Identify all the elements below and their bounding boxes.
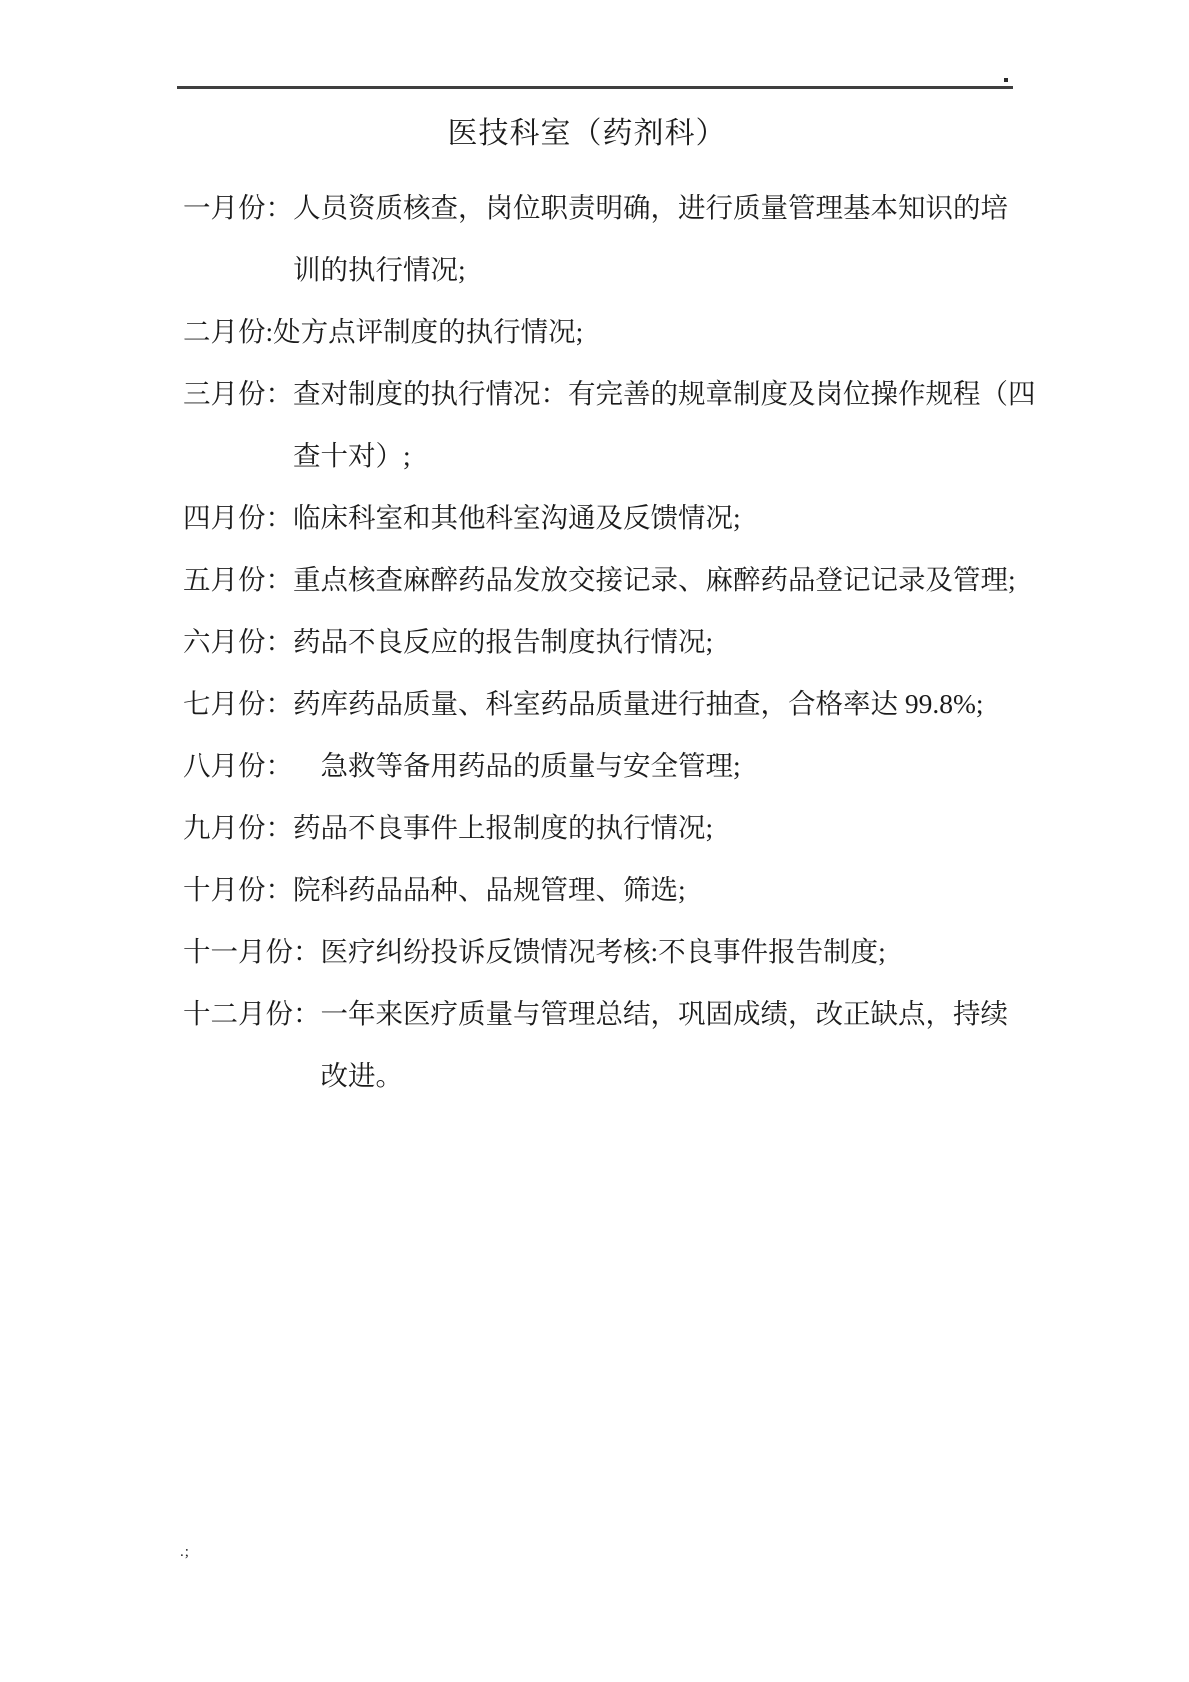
entry-text: 药库药品质量、科室药品质量进行抽查，合格率达 99.8%;	[293, 673, 984, 735]
plan-entry: 九月份： 药品不良事件上报制度的执行情况;	[183, 797, 1013, 859]
entry-text: 院科药品品种、品规管理、筛选;	[293, 859, 686, 921]
entry-text-line: 临床科室和其他科室沟通及反馈情况;	[293, 487, 741, 549]
entry-text: 一年来医疗质量与管理总结，巩固成绩，改正缺点，持续改进。	[321, 983, 1009, 1107]
page-title: 医技科室（药剂科）	[172, 103, 1002, 165]
entry-text-line: 改进。	[321, 1045, 1009, 1107]
month-label: 九月份：	[183, 797, 293, 859]
plan-entry: 七月份： 药库药品质量、科室药品质量进行抽查，合格率达 99.8%;	[183, 673, 1013, 735]
month-label: 八月份：	[183, 735, 293, 797]
stray-dot-mark	[1004, 78, 1008, 82]
plan-entry: 六月份： 药品不良反应的报告制度执行情况;	[183, 611, 1013, 673]
month-label: 五月份：	[183, 549, 293, 611]
entry-text-line: 人员资质核查，岗位职责明确，进行质量管理基本知识的培	[293, 177, 1008, 239]
plan-entry: 十一月份： 医疗纠纷投诉反馈情况考核:不良事件报告制度;	[183, 921, 1013, 983]
entry-text: 查对制度的执行情况：有完善的规章制度及岗位操作规程（四查十对）;	[293, 363, 1036, 487]
document-content: 医技科室（药剂科） 一月份： 人员资质核查，岗位职责明确，进行质量管理基本知识的…	[183, 103, 1013, 1107]
plan-entry: 二月份: 处方点评制度的执行情况;	[183, 301, 1013, 363]
document-page: 医技科室（药剂科） 一月份： 人员资质核查，岗位职责明确，进行质量管理基本知识的…	[0, 0, 1189, 1682]
entry-text-line: 药品不良事件上报制度的执行情况;	[293, 797, 713, 859]
month-label: 一月份：	[183, 177, 293, 239]
plan-entry: 一月份： 人员资质核查，岗位职责明确，进行质量管理基本知识的培训的执行情况;	[183, 177, 1013, 301]
month-label: 四月份：	[183, 487, 293, 549]
plan-entry: 五月份： 重点核查麻醉药品发放交接记录、麻醉药品登记记录及管理;	[183, 549, 1013, 611]
month-label: 二月份:	[183, 301, 273, 363]
entry-text-line: 查十对）;	[293, 425, 1036, 487]
month-label: 十二月份：	[183, 983, 321, 1045]
month-label: 六月份：	[183, 611, 293, 673]
entry-text: 急救等备用药品的质量与安全管理;	[293, 735, 741, 797]
entry-text: 药品不良事件上报制度的执行情况;	[293, 797, 713, 859]
entry-text-line: 重点核查麻醉药品发放交接记录、麻醉药品登记记录及管理;	[293, 549, 1016, 611]
entry-text-line: 急救等备用药品的质量与安全管理;	[293, 735, 741, 797]
entry-text-line: 医疗纠纷投诉反馈情况考核:不良事件报告制度;	[321, 921, 886, 983]
footer-mark: .;	[180, 1544, 190, 1560]
plan-entry: 十月份： 院科药品品种、品规管理、筛选;	[183, 859, 1013, 921]
entry-text: 处方点评制度的执行情况;	[273, 301, 583, 363]
entry-text: 药品不良反应的报告制度执行情况;	[293, 611, 713, 673]
plan-entry: 八月份： 急救等备用药品的质量与安全管理;	[183, 735, 1013, 797]
month-label: 七月份：	[183, 673, 293, 735]
plan-entry: 三月份： 查对制度的执行情况：有完善的规章制度及岗位操作规程（四查十对）;	[183, 363, 1013, 487]
entry-text: 人员资质核查，岗位职责明确，进行质量管理基本知识的培训的执行情况;	[293, 177, 1008, 301]
entry-text-line: 药品不良反应的报告制度执行情况;	[293, 611, 713, 673]
entry-text-line: 处方点评制度的执行情况;	[273, 301, 583, 363]
entry-text: 重点核查麻醉药品发放交接记录、麻醉药品登记记录及管理;	[293, 549, 1016, 611]
entry-text-line: 院科药品品种、品规管理、筛选;	[293, 859, 686, 921]
entry-text: 医疗纠纷投诉反馈情况考核:不良事件报告制度;	[321, 921, 886, 983]
month-label: 十一月份：	[183, 921, 321, 983]
plan-entry: 四月份： 临床科室和其他科室沟通及反馈情况;	[183, 487, 1013, 549]
entry-text-line: 查对制度的执行情况：有完善的规章制度及岗位操作规程（四	[293, 363, 1036, 425]
entry-text: 临床科室和其他科室沟通及反馈情况;	[293, 487, 741, 549]
plan-entry: 十二月份： 一年来医疗质量与管理总结，巩固成绩，改正缺点，持续改进。	[183, 983, 1013, 1107]
month-label: 三月份：	[183, 363, 293, 425]
entry-text-line: 一年来医疗质量与管理总结，巩固成绩，改正缺点，持续	[321, 983, 1009, 1045]
month-label: 十月份：	[183, 859, 293, 921]
entry-text-line: 训的执行情况;	[293, 239, 1008, 301]
header-rule	[177, 86, 1013, 89]
monthly-plan-list: 一月份： 人员资质核查，岗位职责明确，进行质量管理基本知识的培训的执行情况; 二…	[183, 177, 1013, 1107]
entry-text-line: 药库药品质量、科室药品质量进行抽查，合格率达 99.8%;	[293, 673, 984, 735]
